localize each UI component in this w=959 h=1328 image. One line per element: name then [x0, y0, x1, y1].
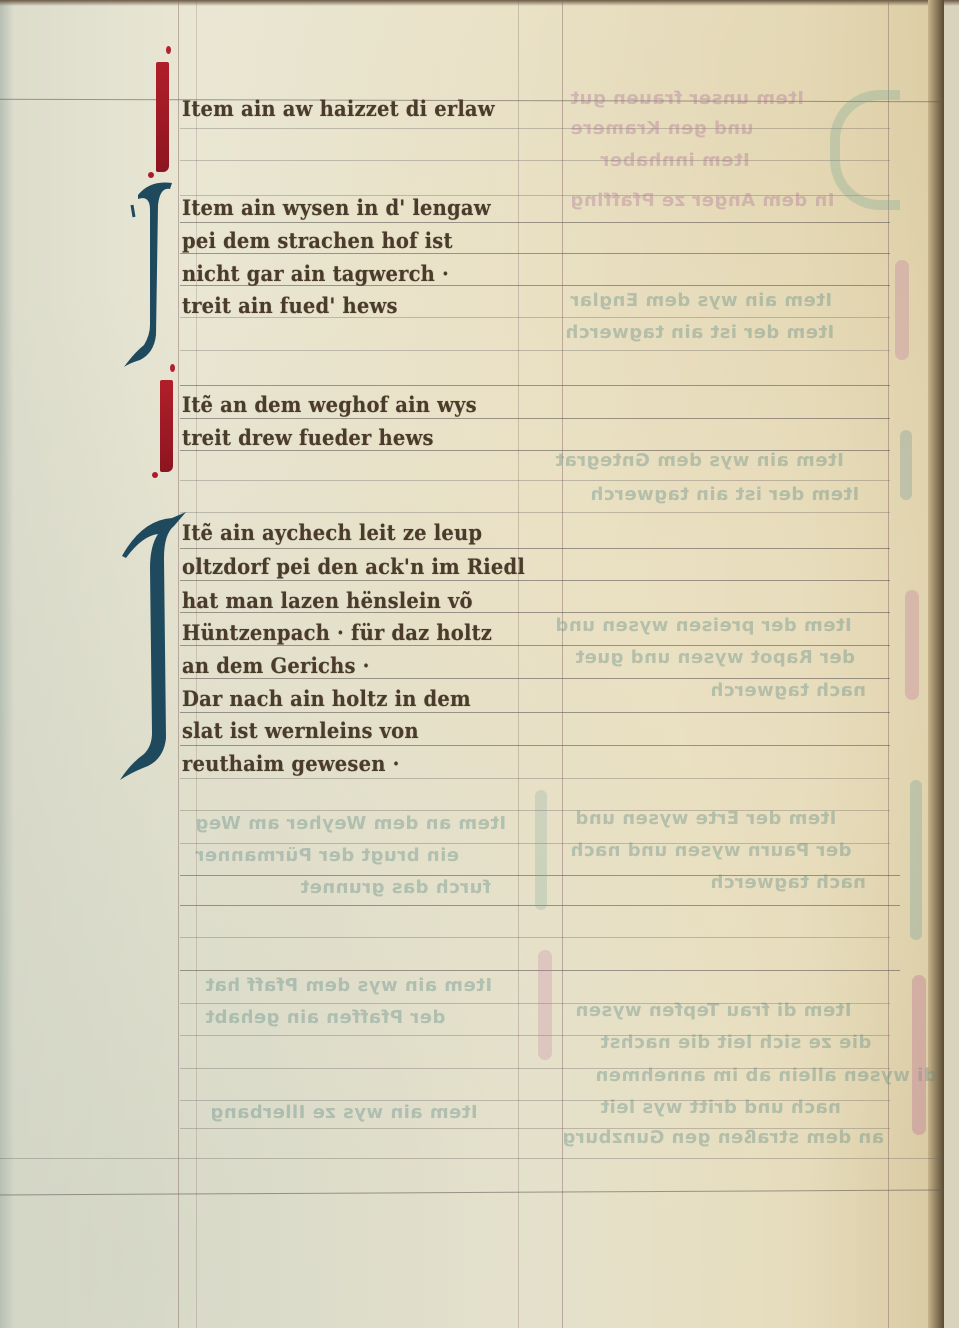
show-through-text: Item ain wys dem Englar: [570, 290, 832, 311]
ruling-horizontal: [180, 418, 890, 419]
entry-4-line-8: reuthaim gewesen ·: [182, 751, 400, 776]
entry-4-line-1: Itẽ ain aychech leit ze leup: [182, 520, 482, 545]
show-through-text: di wysen allein ab im annehmen: [595, 1065, 937, 1086]
show-through-text: Item der preisen wysen und: [555, 615, 852, 636]
show-through-text: Item di frau Tepfen wysen: [575, 1000, 852, 1021]
show-through-text: an dem straßen gen Gunzburg: [562, 1127, 884, 1148]
entry-4-line-6: Dar nach ain holtz in dem: [182, 686, 471, 711]
ruling-horizontal: [180, 128, 890, 129]
ruling-horizontal: [180, 385, 890, 386]
page-top-edge: [0, 0, 959, 6]
ruling-horizontal: [180, 222, 890, 223]
ruling-horizontal: [180, 580, 890, 581]
entry-2-line-2: pei dem strachen hof ist: [182, 228, 453, 253]
show-through-text: Item der ist ain tagwerch: [565, 322, 834, 343]
show-through-initial: [900, 430, 912, 500]
initial-red-i: [160, 380, 173, 472]
manuscript-page: Item unser frauen gut und gen Kramere It…: [0, 0, 944, 1328]
show-through-text: furch das grunnet: [300, 877, 491, 898]
show-through-initial: [535, 790, 547, 910]
ruling-horizontal: [180, 778, 890, 779]
show-through-text: Item der Erte wysen und: [575, 808, 836, 829]
ruling-horizontal: [180, 512, 890, 513]
ruling-horizontal: [180, 160, 890, 161]
ruling-horizontal: [180, 645, 890, 646]
show-through-text: Item an dem Weyher am Weg: [195, 813, 506, 834]
ruling-horizontal: [180, 480, 890, 481]
ruling-horizontal: [180, 678, 890, 679]
entry-2-line-1: Item ain wysen in d' lengaw: [182, 195, 491, 220]
show-through-text: der Rapot wysen und guet: [575, 647, 855, 668]
entry-3-line-1: Itẽ an dem weghof ain wys: [182, 392, 477, 417]
entry-2-line-4: treit ain fued' hews: [182, 293, 398, 318]
ruling-horizontal-bottom: [0, 1190, 940, 1196]
show-through-text: der Pfaffen ain gehabt: [205, 1007, 445, 1028]
show-through-text: Item der ist ain tagwerch: [590, 484, 859, 505]
show-through-initial: [895, 260, 909, 360]
ruling-horizontal: [180, 745, 890, 746]
ruling-horizontal: [180, 712, 890, 713]
page-left-edge: [0, 0, 14, 1328]
entry-1-line-1: Item ain aw haizzet di erlaw: [182, 96, 495, 121]
show-through-initial: [830, 90, 900, 210]
show-through-text: ein brugt der Pürmanner: [195, 845, 459, 866]
show-through-text: und gen Kramere: [570, 118, 753, 139]
show-through-text: In dem Anger ze Pfaffing: [570, 190, 835, 211]
show-through-initial: [912, 975, 926, 1135]
show-through-text: nach und dritt wys leit: [600, 1097, 841, 1118]
entry-4-line-4: Hüntzenpach · für daz holtz: [182, 620, 492, 645]
show-through-initial: [905, 590, 919, 700]
initial-red-i: [156, 62, 169, 172]
show-through-text: nach tagwerch: [710, 872, 866, 893]
entry-4-line-7: slat ist wernleins von: [182, 718, 419, 743]
entry-2-line-3: nicht gar ain tagwerch ·: [182, 261, 449, 286]
ruling-horizontal: [180, 548, 890, 549]
show-through-text: Item ain wys ze Illerbang: [210, 1102, 478, 1123]
entry-4-line-5: an dem Gerichs ·: [182, 653, 370, 678]
ruling-horizontal: [180, 937, 890, 938]
entry-4-line-3: hat man lazen hënslein võ: [182, 588, 473, 613]
initial-blue-i: [120, 175, 180, 370]
show-through-text: Item ain wys dem Pfaff hat: [205, 975, 492, 996]
ruling-horizontal: [180, 350, 890, 351]
entry-4-line-2: oltzdorf pei den ack'n im Riedl: [182, 554, 525, 579]
show-through-text: Item innhaber: [600, 150, 750, 171]
show-through-text: der Paurn wysen und nach: [570, 840, 851, 861]
initial-blue-i: [112, 508, 187, 780]
entry-3-line-2: treit drew fueder hews: [182, 425, 434, 450]
show-through-initial: [910, 780, 922, 940]
show-through-text: Item unser frauen gut: [570, 88, 804, 109]
show-through-text: nach tagwerch: [710, 680, 866, 701]
ruling-horizontal: [180, 253, 890, 254]
show-through-initial: [538, 950, 552, 1060]
show-through-text: die ze sich leit die nachst: [600, 1032, 871, 1053]
show-through-text: Item ain wys dem Gntegrat: [555, 450, 844, 471]
binding-shadow: [928, 0, 944, 1328]
ruling-horizontal: [0, 1158, 940, 1159]
